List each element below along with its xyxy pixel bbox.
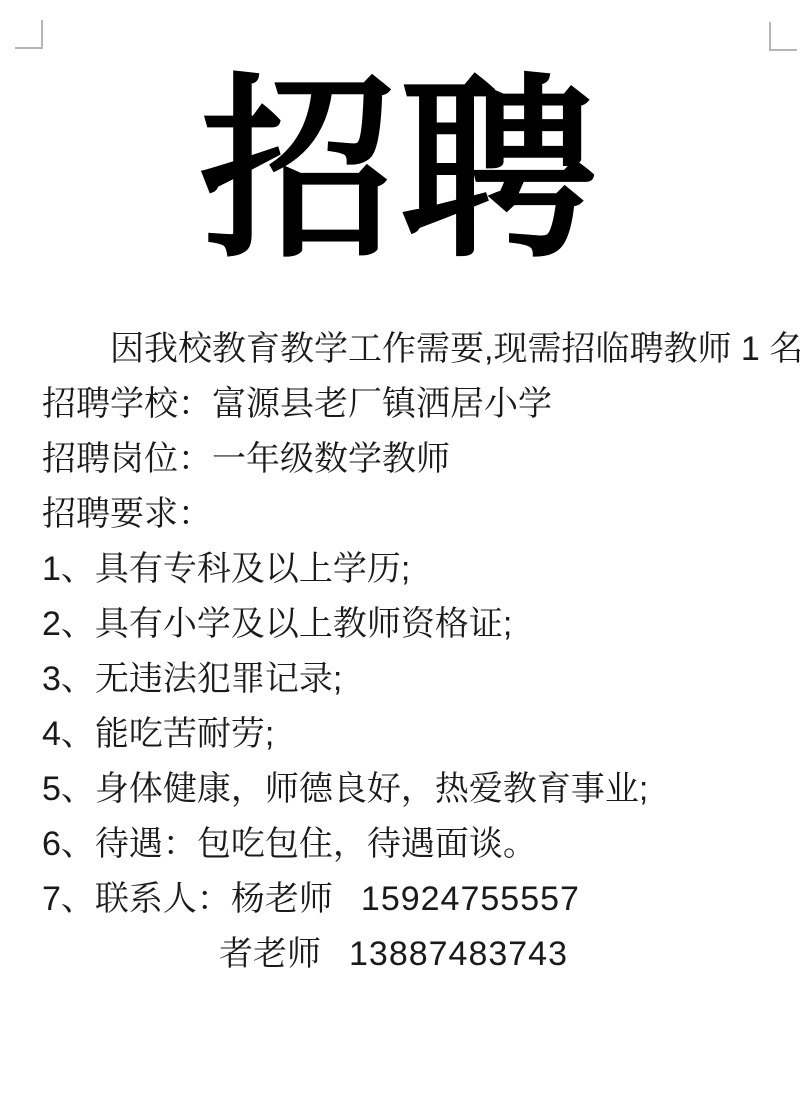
requirement-item-3: 3、无违法犯罪记录; (42, 652, 780, 707)
item-text: 具有小学及以上教师资格证; (95, 605, 512, 643)
item-number: 3、 (42, 660, 95, 698)
contact-phone-number: 15924755557 (361, 880, 580, 918)
school-label: 招聘学校： (42, 385, 212, 423)
item-number: 6、 (42, 825, 95, 863)
poster-body: 因我校教育教学工作需要,现需招临聘教师 1 名。 招聘学校：富源县老厂镇洒居小学… (42, 322, 780, 982)
poster-title: 招聘 (0, 68, 800, 274)
item-text: 身体健康，师德良好，热爱教育事业; (95, 770, 648, 808)
item-number: 1、 (42, 550, 95, 588)
contact-phone-number: 13887483743 (349, 935, 568, 973)
item-number: 7、 (42, 880, 95, 918)
recruitment-poster-page: 招聘 因我校教育教学工作需要,现需招临聘教师 1 名。 招聘学校：富源县老厂镇洒… (0, 0, 800, 1102)
school-value: 富源县老厂镇洒居小学 (212, 385, 552, 423)
item-number: 5、 (42, 770, 95, 808)
contact-line-1: 7、联系人：杨老师15924755557 (42, 872, 780, 927)
requirement-item-2: 2、具有小学及以上教师资格证; (42, 597, 780, 652)
item-text: 无违法犯罪记录; (95, 660, 342, 698)
school-line: 招聘学校：富源县老厂镇洒居小学 (42, 377, 780, 432)
position-line: 招聘岗位：一年级数学教师 (42, 432, 780, 487)
item-text: 待遇：包吃包住，待遇面谈。 (95, 825, 537, 863)
contact-person-name: 者老师 (219, 935, 321, 973)
item-number: 4、 (42, 715, 95, 753)
contact-label: 联系人： (95, 880, 231, 918)
page-corner-mark-top-right (769, 22, 797, 51)
requirement-item-4: 4、能吃苦耐劳; (42, 707, 780, 762)
item-text: 能吃苦耐劳; (95, 715, 274, 753)
position-value: 一年级数学教师 (212, 440, 450, 478)
contact-line-2: 者老师13887483743 (42, 927, 780, 982)
requirement-item-1: 1、具有专科及以上学历; (42, 542, 780, 597)
position-label: 招聘岗位： (42, 440, 212, 478)
contact-person-name: 杨老师 (231, 880, 333, 918)
requirement-item-6: 6、待遇：包吃包住，待遇面谈。 (42, 817, 780, 872)
requirements-heading: 招聘要求： (42, 487, 780, 542)
requirement-item-5: 5、身体健康，师德良好，热爱教育事业; (42, 762, 780, 817)
intro-paragraph: 因我校教育教学工作需要,现需招临聘教师 1 名。 (42, 322, 780, 377)
item-text: 具有专科及以上学历; (95, 550, 410, 588)
item-number: 2、 (42, 605, 95, 643)
page-corner-mark-top-left (15, 20, 43, 49)
